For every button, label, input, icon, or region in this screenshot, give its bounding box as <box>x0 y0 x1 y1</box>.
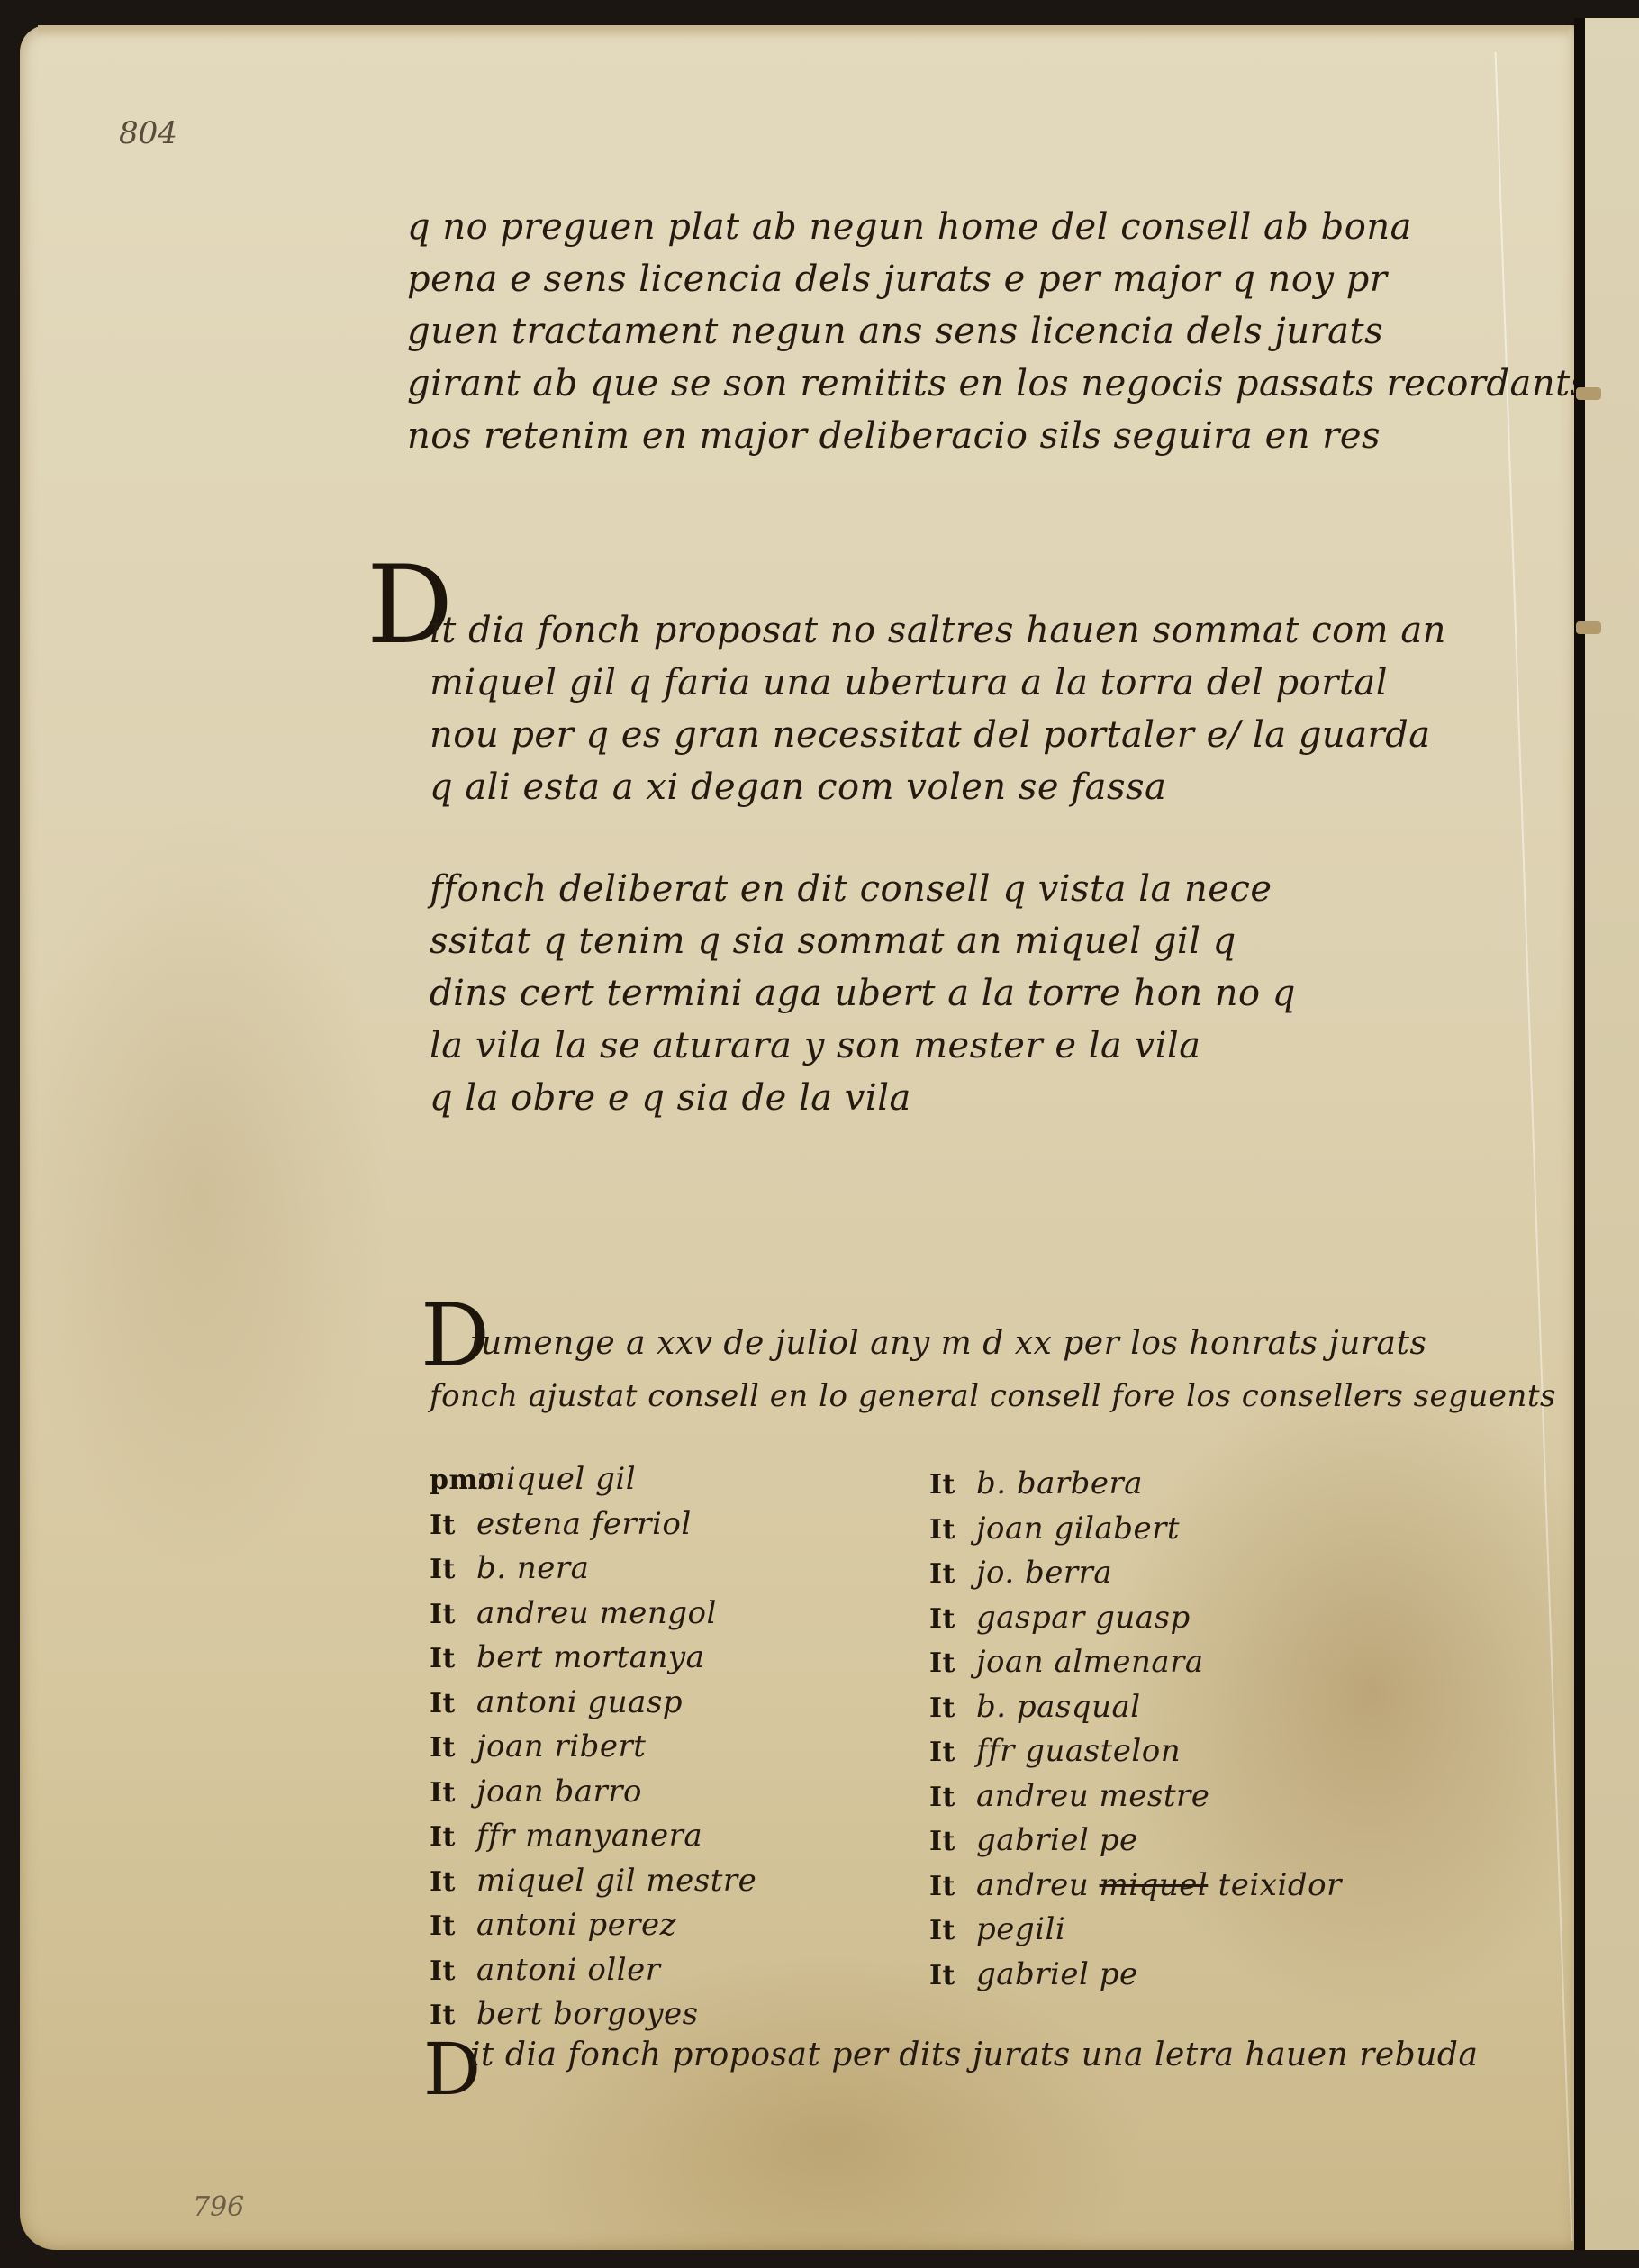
attendee-list-left: pmomiquel gil Itestena ferriol Itb. nera… <box>430 1457 756 2037</box>
text-line: ffonch deliberat en dit consell q vista … <box>430 863 1474 915</box>
attendee-entry: Itffr guastelon <box>929 1729 1342 1774</box>
text-line: ssitat q tenim q sia sommat an miquel gi… <box>430 915 1474 967</box>
attendee-name: andreu mestre <box>976 1778 1209 1814</box>
item-marker: It <box>929 1909 976 1954</box>
attendee-name: pegili <box>976 1911 1065 1947</box>
item-marker: It <box>929 1508 976 1553</box>
attendee-entry: Itantoni oller <box>430 1948 756 1993</box>
attendee-entry: Itestena ferriol <box>430 1502 756 1547</box>
text-line: it dia fonch proposat no saltres hauen s… <box>430 604 1474 657</box>
attendee-name: gabriel pe <box>976 1822 1138 1858</box>
paragraph-3: ffonch deliberat en dit consell q vista … <box>430 863 1474 1124</box>
attendee-name: jo. berra <box>976 1555 1112 1591</box>
text-line: q no preguen plat ab negun home del cons… <box>407 201 1452 253</box>
attendee-entry: Itantoni perez <box>430 1903 756 1948</box>
attendee-entry: Itgabriel pe <box>929 1819 1342 1864</box>
attendee-name-suffix: teixidor <box>1218 1867 1342 1903</box>
attendee-entry: Itgabriel pe <box>929 1953 1342 1998</box>
attendee-entry: Itbert mortanya <box>430 1636 756 1681</box>
attendee-name: miquel gil <box>476 1461 636 1497</box>
text-line: nos retenim en major deliberacio sils se… <box>407 410 1452 462</box>
attendee-name: andreu <box>976 1867 1089 1903</box>
attendee-name: gabriel pe <box>976 1956 1138 1992</box>
text-line: it dia fonch proposat per dits jurats un… <box>470 2029 1515 2082</box>
item-marker: It <box>430 1503 476 1548</box>
attendee-entry: Itjoan barro <box>430 1770 756 1815</box>
item-marker: It <box>929 1463 976 1508</box>
attendee-entry: Itandreu mengol <box>430 1592 756 1637</box>
paragraph-4: iumenge a xxv de juliol any m d xx per l… <box>470 1318 1515 1422</box>
item-marker: It <box>929 1686 976 1731</box>
paragraph-1: q no preguen plat ab negun home del cons… <box>407 201 1452 462</box>
text-line: pena e sens licencia dels jurats e per m… <box>407 253 1452 305</box>
attendee-name: joan ribert <box>476 1728 646 1765</box>
attendee-entry: Itffr manyanera <box>430 1814 756 1859</box>
attendee-name: joan gilabert <box>976 1510 1180 1547</box>
item-marker: It <box>430 1726 476 1771</box>
item-marker: It <box>430 1637 476 1682</box>
item-marker: It <box>929 1819 976 1864</box>
binding-thread <box>1576 621 1601 634</box>
item-marker: It <box>929 1954 976 1999</box>
attendee-entry: Itgaspar guasp <box>929 1596 1342 1641</box>
item-marker: It <box>430 1949 476 1994</box>
attendee-name: gaspar guasp <box>976 1600 1191 1636</box>
attendee-name: antoni oller <box>476 1952 660 1988</box>
text-line: iumenge a xxv de juliol any m d xx per l… <box>470 1318 1515 1370</box>
item-marker: It <box>430 1771 476 1816</box>
text-line: miquel gil q faria una ubertura a la tor… <box>430 657 1474 709</box>
attendee-name: joan almenara <box>976 1644 1204 1680</box>
attendee-entry: Itjoan ribert <box>430 1725 756 1770</box>
attendee-entry: pmomiquel gil <box>430 1457 756 1502</box>
item-marker: It <box>430 1860 476 1905</box>
attendee-name: miquel gil mestre <box>476 1863 756 1899</box>
text-line: nou per q es gran necessitat del portale… <box>430 709 1474 761</box>
item-marker: It <box>929 1597 976 1642</box>
leaf-top-edge <box>38 25 1569 38</box>
text-line: fonch ajustat consell en lo general cons… <box>430 1370 1515 1422</box>
attendee-entry: Itpegili <box>929 1908 1342 1953</box>
item-marker: It <box>929 1775 976 1820</box>
manuscript-page: 804 796 q no preguen plat ab negun home … <box>20 25 1587 2250</box>
item-marker: It <box>430 1547 476 1592</box>
folio-number-bottom: 796 <box>193 2191 244 2223</box>
item-marker: pmo <box>430 1458 476 1503</box>
attendee-name: bert borgoyes <box>476 1996 699 2032</box>
attendee-entry: Itmiquel gil mestre <box>430 1859 756 1904</box>
attendee-list-right: Itb. barbera Itjoan gilabert Itjo. berra… <box>929 1462 1342 1997</box>
attendee-entry: Itjoan gilabert <box>929 1507 1342 1552</box>
attendee-entry: Itb. pasqual <box>929 1685 1342 1730</box>
attendee-name: antoni guasp <box>476 1684 683 1720</box>
item-marker: It <box>430 1904 476 1949</box>
text-line: guen tractament negun ans sens licencia … <box>407 305 1452 358</box>
attendee-name: andreu mengol <box>476 1595 717 1631</box>
item-marker: It <box>430 1682 476 1727</box>
attendee-entry: Itandreu miquel teixidor <box>929 1864 1342 1909</box>
attendee-name: b. barbera <box>976 1465 1143 1501</box>
attendee-name: bert mortanya <box>476 1639 704 1675</box>
attendee-entry: Itjo. berra <box>929 1551 1342 1596</box>
item-marker: It <box>430 1592 476 1637</box>
binding-gutter <box>1574 18 1585 2250</box>
item-marker: It <box>929 1864 976 1910</box>
folio-number-top: 804 <box>119 115 177 151</box>
attendee-entry: Itandreu mestre <box>929 1774 1342 1819</box>
text-line: girant ab que se son remitits en los neg… <box>407 358 1452 410</box>
paragraph-5: it dia fonch proposat per dits jurats un… <box>470 2029 1515 2082</box>
struck-word: miquel <box>1100 1867 1209 1903</box>
attendee-name: antoni perez <box>476 1907 676 1943</box>
text-line: la vila la se aturara y son mester e la … <box>430 1020 1474 1072</box>
binding-thread <box>1576 387 1601 400</box>
item-marker: It <box>929 1641 976 1686</box>
attendee-name: joan barro <box>476 1774 642 1810</box>
attendee-entry: Itb. nera <box>430 1547 756 1592</box>
attendee-name: ffr guastelon <box>976 1733 1181 1769</box>
attendee-name: b. pasqual <box>976 1689 1141 1725</box>
attendee-name: estena ferriol <box>476 1506 692 1542</box>
text-line: dins cert termini aga ubert a la torre h… <box>430 967 1474 1020</box>
item-marker: It <box>929 1552 976 1597</box>
attendee-name: ffr manyanera <box>476 1818 702 1854</box>
attendee-name: b. nera <box>476 1550 589 1586</box>
item-marker: It <box>430 1815 476 1860</box>
attendee-entry: Itjoan almenara <box>929 1640 1342 1685</box>
attendee-entry: Itb. barbera <box>929 1462 1342 1507</box>
paragraph-2: it dia fonch proposat no saltres hauen s… <box>430 579 1474 813</box>
text-line: q ali esta a xi degan com volen se fassa <box>430 761 1474 813</box>
attendee-entry: Itantoni guasp <box>430 1681 756 1726</box>
adjacent-page-edge <box>1585 18 1639 2250</box>
text-line: q la obre e q sia de la vila <box>430 1072 1474 1124</box>
item-marker: It <box>929 1730 976 1775</box>
